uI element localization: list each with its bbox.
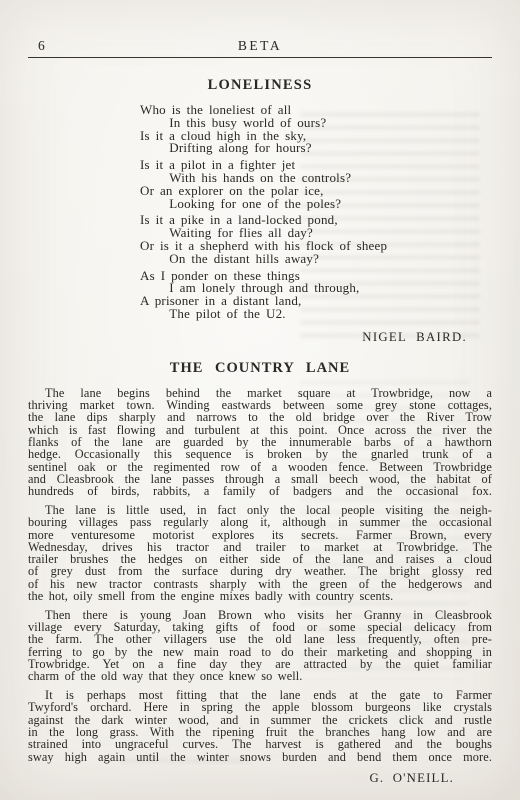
essay-paragraph: The lane is little used, in fact only th… — [28, 504, 492, 602]
poem-stanza: Who is the loneliest of all In this busy… — [140, 104, 492, 155]
essay-line: strained into ungraceful curves. The har… — [28, 738, 492, 750]
essay-paragraph: It is perhaps most fitting that the lane… — [28, 689, 492, 763]
essay-line: of grey dust from the surface during dry… — [28, 565, 492, 577]
journal-title: BETA — [28, 38, 492, 53]
scanned-page: 6 BETA LONELINESS Who is the loneliest o… — [0, 0, 520, 800]
page-number: 6 — [38, 38, 45, 53]
essay-paragraph: The lane begins behind the market square… — [28, 387, 492, 498]
poem-stanza: Is it a pike in a land-locked pond, Wait… — [140, 214, 492, 265]
essay-line: hundreds of birds, rabbits, a family of … — [28, 485, 492, 497]
essay-line: charm of the old way that they once knew… — [28, 670, 492, 682]
essay-line: sway high again until the winter snows b… — [28, 751, 492, 763]
essay-line: the hot, oily smell from the engine mixe… — [28, 590, 492, 602]
essay-line: sentinel oak or the regimented row of a … — [28, 461, 492, 473]
essay-line: bouring villages pass regularly along it… — [28, 516, 492, 528]
poem-stanza: As I ponder on these things I am lonely … — [140, 270, 492, 321]
essay-line: more venturesome motorist explores its s… — [28, 529, 492, 541]
essay-title: THE COUNTRY LANE — [28, 360, 492, 377]
essay-body: The lane begins behind the market square… — [28, 387, 492, 763]
essay-line: the farm. The other villagers use the ol… — [28, 633, 492, 645]
poem-title: LONELINESS — [28, 77, 492, 94]
essay-line: hedge. Occasionally this sequence is bro… — [28, 448, 492, 460]
essay-paragraph: Then there is young Joan Brown who visit… — [28, 609, 492, 683]
essay-byline: G. O'NEILL. — [28, 771, 492, 786]
essay-line: Twyford's orchard. Here in spring the ap… — [28, 701, 492, 713]
page-header: 6 BETA — [28, 0, 492, 58]
poem-body: Who is the loneliest of all In this busy… — [140, 104, 492, 321]
essay-line: the lane dips sharply and narrows to the… — [28, 411, 492, 423]
poem-stanza: Is it a pilot in a fighter jet With his … — [140, 159, 492, 210]
poem-byline: NIGEL BAIRD. — [28, 330, 492, 345]
